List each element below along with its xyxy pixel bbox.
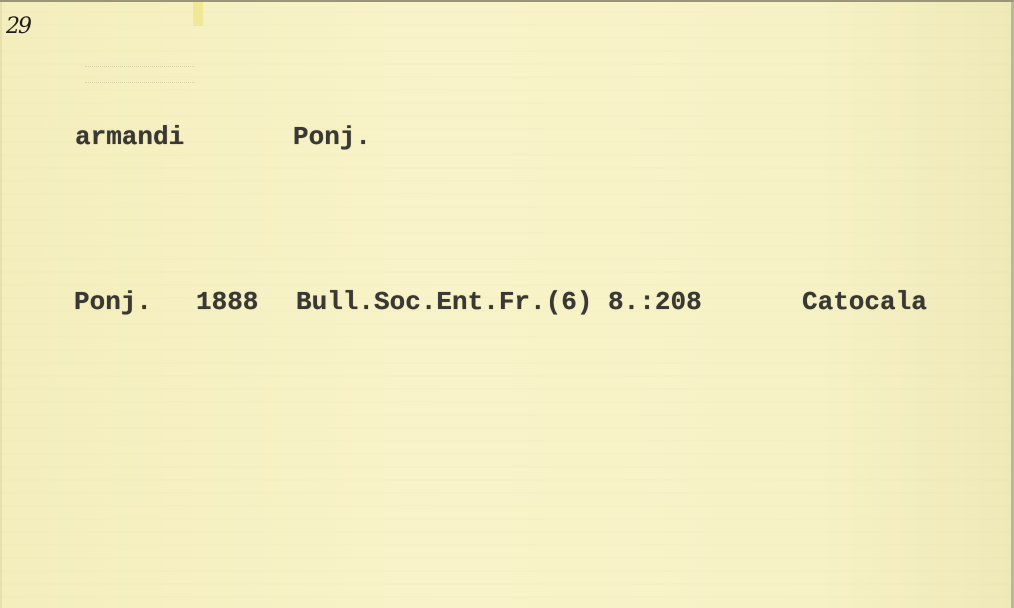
citation-genus: Catocala [802, 287, 927, 317]
yellow-tab-mark [193, 2, 203, 26]
citation-author: Ponj. [74, 287, 152, 317]
species-name: armandi [75, 122, 184, 152]
index-card: 29 armandi Ponj. Ponj. 1888 Bull.Soc.Ent… [0, 0, 1014, 608]
citation-reference: Bull.Soc.Ent.Fr.(6) 8.:208 [296, 287, 702, 317]
citation-year: 1888 [196, 287, 258, 317]
handwritten-number: 29 [6, 14, 30, 39]
species-author: Ponj. [293, 122, 371, 152]
faint-line [85, 82, 195, 84]
faint-line [85, 66, 195, 68]
